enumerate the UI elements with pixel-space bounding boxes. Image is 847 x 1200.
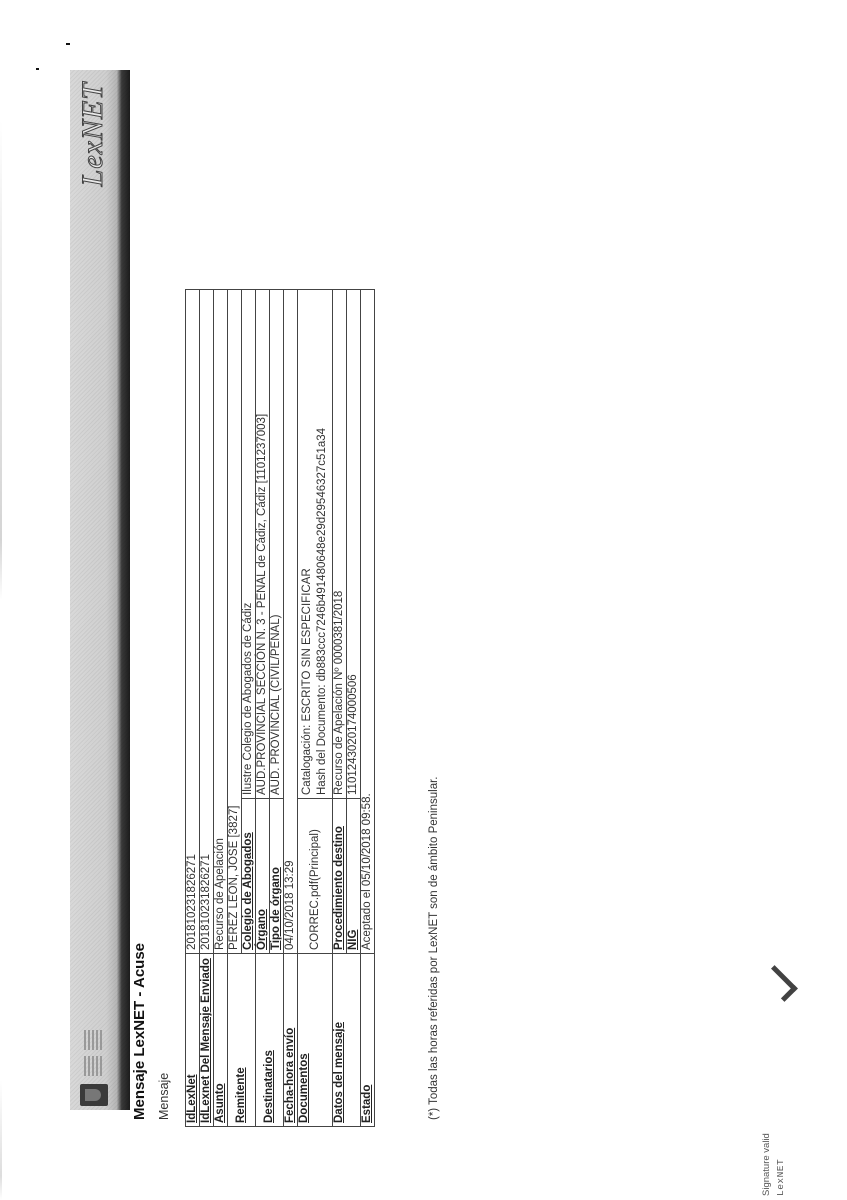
row-label: Datos del mensaje — [333, 954, 361, 1127]
sub-label: Tipo de órgano — [270, 799, 284, 954]
row-value: AUD. PROVINCIAL (CIVIL/PENAL) — [270, 290, 284, 799]
row-value: PEREZ LEON, JOSE [3827] — [228, 290, 242, 954]
ministry-logo — [76, 1016, 112, 1106]
scan-speck — [36, 68, 39, 70]
document-details: Catalogación: ESCRITO SIN ESPECIFICAR Ha… — [298, 290, 333, 799]
document-catalog: Catalogación: ESCRITO SIN ESPECIFICAR — [300, 293, 315, 795]
sub-label: Órgano — [256, 799, 270, 954]
document-file: CORREC.pdf(Principal) — [298, 799, 333, 954]
ministry-text-block — [84, 1030, 104, 1050]
table-row: Destinatarios Órgano AUD.PROVINCIAL SECC… — [256, 290, 270, 1127]
sub-label: Colegio de Abogados — [242, 799, 256, 954]
row-label: Documentos — [298, 954, 333, 1127]
row-label: Remitente — [228, 954, 256, 1127]
ministry-text-block — [84, 1056, 104, 1076]
table-row: IdLexNet 201810231826271 — [186, 290, 200, 1127]
coat-of-arms-icon — [80, 1084, 108, 1106]
sub-label: NIG — [347, 799, 361, 954]
table-row: Fecha-hora envío 04/10/2018 13:29 — [284, 290, 298, 1127]
lexnet-logo: LexNET — [76, 82, 110, 186]
row-value: 04/10/2018 13:29 — [284, 290, 298, 954]
row-label: Destinatarios — [256, 954, 284, 1127]
scanned-page: LexNET Mensaje LexNET - Acuse Mensaje Id… — [0, 0, 847, 1200]
signature-issuer: LexNET — [774, 1133, 788, 1196]
table-row: Remitente PEREZ LEON, JOSE [3827] — [228, 290, 242, 1127]
row-value: Recurso de Apelación Nº 0000381/2018 — [333, 290, 347, 799]
row-label: Estado — [361, 954, 375, 1127]
table-row: Asunto Recurso de Apelación — [214, 290, 228, 1127]
row-value: AUD.PROVINCIAL SECCIÓN N. 3 - PENAL de C… — [256, 290, 270, 799]
scan-edge — [0, 0, 2, 1200]
row-label: IdLexNet — [186, 954, 200, 1127]
table-row: Documentos CORREC.pdf(Principal) Catalog… — [298, 290, 333, 1127]
checkmark-icon — [761, 965, 798, 1002]
row-label: Fecha-hora envío — [284, 954, 298, 1127]
scan-speck — [66, 43, 70, 45]
row-label: IdLexnet Del Mensaje Enviado — [200, 954, 214, 1127]
signature-status: Signature valid — [760, 1133, 774, 1196]
signature-stamp: Signature valid LexNET — [760, 1133, 788, 1196]
table-row: Datos del mensaje Procedimiento destino … — [333, 290, 347, 1127]
sub-label: Procedimiento destino — [333, 799, 347, 954]
row-value: 201810231826271 — [186, 290, 200, 954]
row-label: Asunto — [214, 954, 228, 1127]
footnote: (*) Todas las horas referidas por LexNET… — [428, 777, 440, 1120]
page-title: Mensaje LexNET - Acuse — [131, 943, 148, 1120]
section-label: Mensaje — [157, 1073, 171, 1120]
table-row: IdLexnet Del Mensaje Enviado 20181023182… — [200, 290, 214, 1127]
row-value: 1101243020174000506 — [347, 290, 361, 799]
row-value: 201810231826271 — [200, 290, 214, 954]
header-banner: LexNET — [70, 70, 130, 1110]
row-value: Aceptado el 05/10/2018 09:58. — [361, 290, 375, 954]
document-hash: Hash del Documento: db883ccc7246b4914806… — [315, 293, 330, 795]
row-value: Ilustre Colegio de Abogados de Cádiz — [242, 290, 256, 799]
row-value: Recurso de Apelación — [214, 290, 228, 954]
message-table: IdLexNet 201810231826271 IdLexnet Del Me… — [185, 289, 375, 1127]
table-row: Estado Aceptado el 05/10/2018 09:58. — [361, 290, 375, 1127]
